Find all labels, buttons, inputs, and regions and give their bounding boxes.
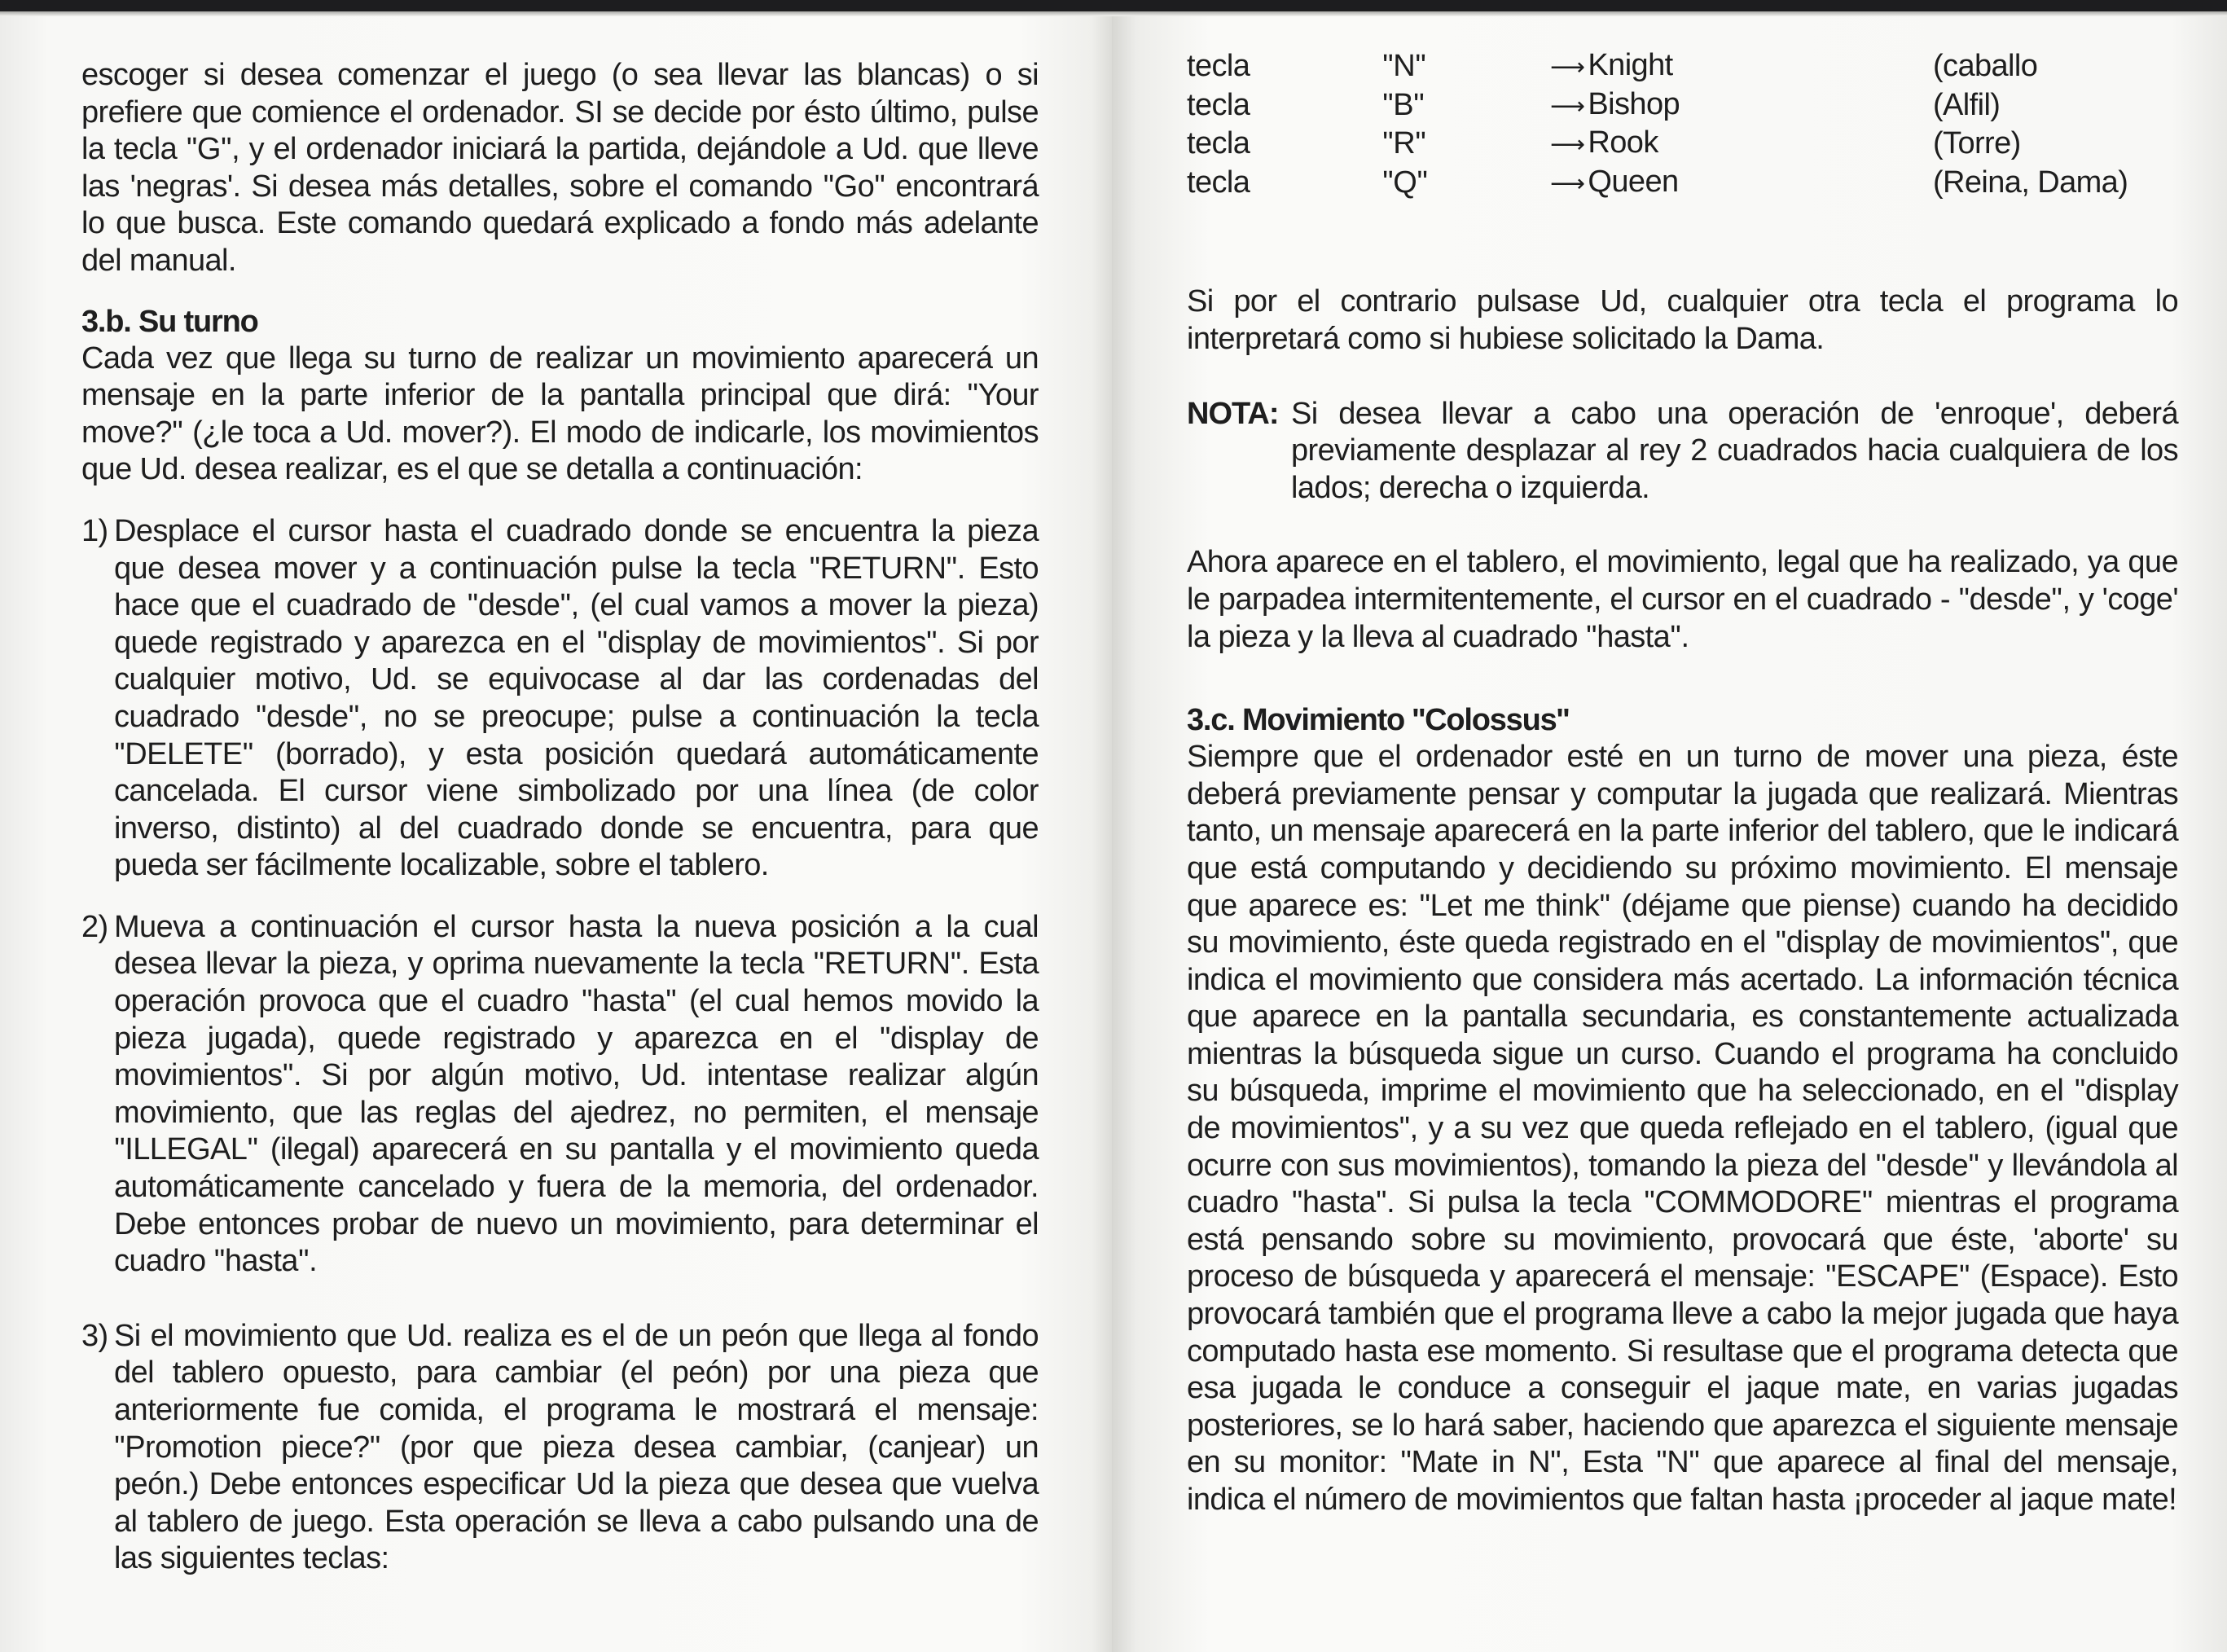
key-label: tecla (1187, 86, 1382, 125)
nota-label: NOTA: (1187, 396, 1291, 507)
step-number: 3) (81, 1318, 114, 1578)
key-piece: ⟶Bishop (1550, 86, 1933, 125)
key-letter: ''Q'' (1382, 164, 1550, 203)
step-3: 3) Si el movimiento que Ud. realiza es e… (81, 1318, 1039, 1578)
piece-name: Queen (1588, 165, 1678, 199)
key-piece: ⟶Knight (1550, 47, 1933, 86)
piece-translation: (caballo (1933, 47, 2178, 86)
arrow-right-icon: ⟶ (1550, 93, 1584, 120)
section-heading-su-turno: 3.b. Su turno (81, 303, 1039, 341)
piece-name: Rook (1588, 125, 1658, 160)
arrow-right-icon: ⟶ (1550, 170, 1584, 197)
key-piece: ⟶Queen (1550, 164, 1933, 203)
piece-translation: (Reina, Dama) (1933, 164, 2178, 203)
manual-spread: escoger si desea comenzar el juego (o se… (0, 11, 2227, 1652)
intro-paragraph: escoger si desea comenzar el juego (o se… (81, 57, 1039, 280)
arrow-right-icon: ⟶ (1550, 131, 1584, 158)
key-label: tecla (1187, 47, 1382, 86)
key-label: tecla (1187, 125, 1382, 164)
step-number: 1) (81, 513, 114, 885)
other-key-paragraph: Si por el contrario pulsase Ud, cualquie… (1187, 283, 2178, 358)
step-text: Desplace el cursor hasta el cuadrado don… (114, 513, 1039, 885)
key-letter: ''B'' (1382, 86, 1550, 125)
section-heading-colossus: 3.c. Movimiento ''Colossus'' (1187, 701, 2178, 739)
key-row-bishop: tecla ''B'' ⟶Bishop (Alfil) (1187, 86, 2178, 125)
step-text: Si el movimiento que Ud. realiza es el d… (114, 1318, 1039, 1578)
su-turno-paragraph: Cada vez que llega su turno de realizar … (81, 341, 1039, 489)
piece-translation: (Torre) (1933, 125, 2178, 164)
step-2: 2) Mueva a continuación el cursor hasta … (81, 909, 1039, 1281)
step-text: Mueva a continuación el cursor hasta la … (114, 909, 1039, 1281)
nota-block: NOTA: Si desea llevar a cabo una operaci… (1187, 396, 2178, 507)
promotion-key-table: tecla ''N'' ⟶Knight (caballo tecla ''B''… (1187, 47, 2178, 202)
board-paragraph: Ahora aparece en el tablero, el movimien… (1187, 544, 2178, 656)
key-row-queen: tecla ''Q'' ⟶Queen (Reina, Dama) (1187, 164, 2178, 203)
key-label: tecla (1187, 164, 1382, 203)
piece-name: Bishop (1588, 87, 1680, 121)
nota-text: Si desea llevar a cabo una operación de … (1291, 396, 2178, 507)
piece-translation: (Alfil) (1933, 86, 2178, 125)
arrow-right-icon: ⟶ (1550, 54, 1584, 81)
key-letter: ''N'' (1382, 47, 1550, 86)
page-edge-shadow (1112, 11, 2227, 16)
key-piece: ⟶Rook (1550, 125, 1933, 164)
left-page: escoger si desea comenzar el juego (o se… (0, 11, 1112, 1652)
key-row-knight: tecla ''N'' ⟶Knight (caballo (1187, 47, 2178, 86)
key-row-rook: tecla ''R'' ⟶Rook (Torre) (1187, 125, 2178, 164)
key-letter: ''R'' (1382, 125, 1550, 164)
step-1: 1) Desplace el cursor hasta el cuadrado … (81, 513, 1039, 885)
colossus-paragraph: Siempre que el ordenador esté en un turn… (1187, 739, 2178, 1518)
right-page: tecla ''N'' ⟶Knight (caballo tecla ''B''… (1112, 11, 2227, 1652)
step-number: 2) (81, 909, 114, 1281)
page-edge-shadow (0, 11, 1112, 16)
piece-name: Knight (1588, 48, 1672, 82)
